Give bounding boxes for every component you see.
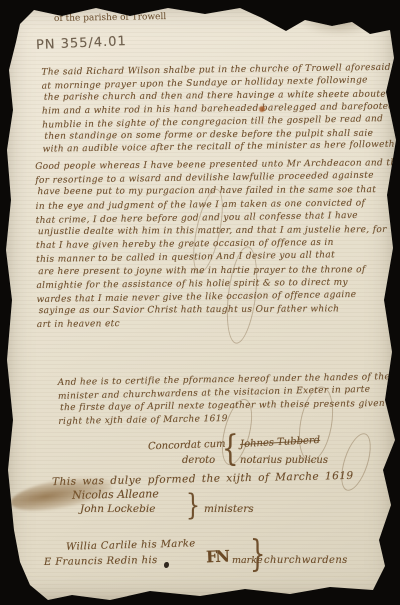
minister-signature-1: Nicolas Alleane (72, 487, 159, 502)
concordat-line-2: deroto (182, 455, 215, 466)
ministers-brace: } (186, 490, 200, 523)
manuscript-line: are here present to joyne with me in har… (38, 263, 400, 279)
pen-flourish-loop (335, 430, 376, 494)
witness-mark-monogram-icon: FN (206, 547, 229, 567)
notary-title: notarius publicus (240, 455, 328, 466)
minister-signature-2: John Lockebie (80, 503, 155, 515)
churchwarden-mark-1: Willia Carlile his Marke (66, 538, 196, 552)
manuscript-line: unjustlie dealte with him in this matter… (38, 224, 400, 240)
manuscript-paper-sheet: PN 355/4.01 A declaracon to be made by R… (0, 0, 400, 605)
performance-endorsement: This was dulye pformed the xijth of Marc… (52, 470, 354, 488)
certification-clause: And hee is to certifie the pformance her… (58, 371, 397, 429)
notary-signature: Johnes Tubberd (240, 435, 321, 450)
churchwarden-mark-2: E Frauncis Redin his (44, 555, 158, 568)
declaration-heading: A declaracon to be made by Richard Wilso… (0, 0, 220, 26)
churchwardens-label: churchwardens (264, 555, 348, 566)
top-right-stain (298, 0, 380, 36)
manuscript-line: sayinge as our Savior Christ hath taught… (39, 303, 400, 319)
confession-paragraph: Good people whereas I have beene present… (35, 157, 400, 333)
churchwardens-brace: } (250, 533, 265, 575)
manuscript-photo: PN 355/4.01 A declaracon to be made by R… (0, 0, 400, 605)
manuscript-line: have beene put to my purgacion and have … (37, 184, 400, 200)
notary-brace: { (222, 429, 239, 470)
penance-instructions-paragraph: The said Richard Wilson shalbe put in th… (41, 61, 400, 157)
archive-reference-number: PN 355/4.01 (36, 34, 127, 53)
ministers-label: ministers (204, 503, 254, 515)
ink-blot (164, 562, 169, 568)
concordat-line-1: Concordat cum (148, 439, 226, 453)
